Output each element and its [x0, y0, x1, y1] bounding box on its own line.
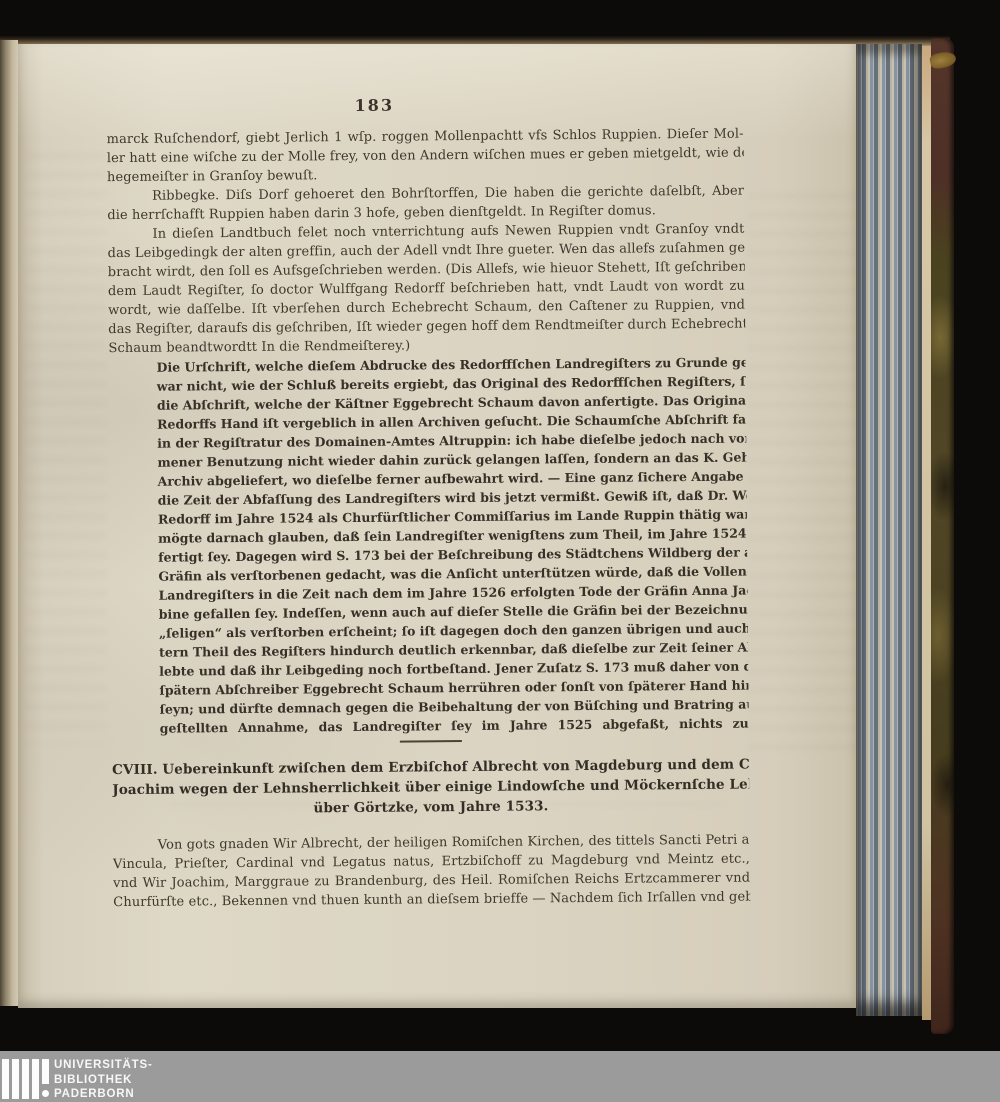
text-column: marck Ruſchendorf, giebt Jerlich 1 wſp. …	[107, 125, 751, 913]
library-name-line: PADERBORN	[54, 1087, 153, 1102]
logo-bar-stroke	[22, 1059, 29, 1099]
library-logo-bar: UNIVERSITÄTS-BIBLIOTHEKPADERBORN	[0, 1051, 1000, 1102]
editorial-annotation: Die Urſchrift, welche dieſem Abdrucke de…	[157, 353, 749, 738]
scan-skew-wrapper: 183 marck Ruſchendorf, giebt Jerlich 1 w…	[14, 40, 860, 1011]
library-logo-bars-icon	[2, 1059, 50, 1101]
paragraph-continuation: marck Ruſchendorf, giebt Jerlich 1 wſp. …	[107, 125, 744, 188]
book-cover-marbled	[931, 38, 954, 1034]
paragraph-landtbuch: In dieſen Landtbuch felet noch vnterrich…	[107, 220, 745, 359]
logo-bar-stroke	[42, 1059, 49, 1084]
library-name-line: BIBLIOTHEK	[54, 1073, 153, 1088]
paragraph-ribbegke: Ribbegke. Diſs Dorf gehoeret den Bohrſto…	[107, 182, 744, 226]
logo-bar-stroke	[12, 1059, 19, 1099]
paragraph-charter-start: Von gots gnaden Wir Albrecht, der heilig…	[113, 831, 751, 913]
library-name-line: UNIVERSITÄTS-	[54, 1058, 153, 1073]
logo-bar-stroke	[32, 1059, 39, 1099]
scanned-book-viewer: { "page_number": "183", "content": { "pa…	[0, 0, 1000, 1102]
logo-bar-stroke	[2, 1059, 9, 1099]
library-name: UNIVERSITÄTS-BIBLIOTHEKPADERBORN	[54, 1058, 153, 1102]
page-number: 183	[14, 93, 734, 118]
section-divider-rule	[399, 740, 461, 743]
book-page: 183 marck Ruſchendorf, giebt Jerlich 1 w…	[18, 44, 856, 1008]
section-heading-cviii: CVIII. Uebereinkunft zwiſchen dem Erzbiſ…	[112, 755, 749, 821]
text-line: geſtellten Annahme, das Landregiſter ſey…	[160, 714, 749, 738]
book-endpaper-edge	[922, 46, 931, 1020]
logo-bar-dot	[42, 1090, 49, 1097]
book-fore-edge-pages	[856, 44, 922, 1016]
